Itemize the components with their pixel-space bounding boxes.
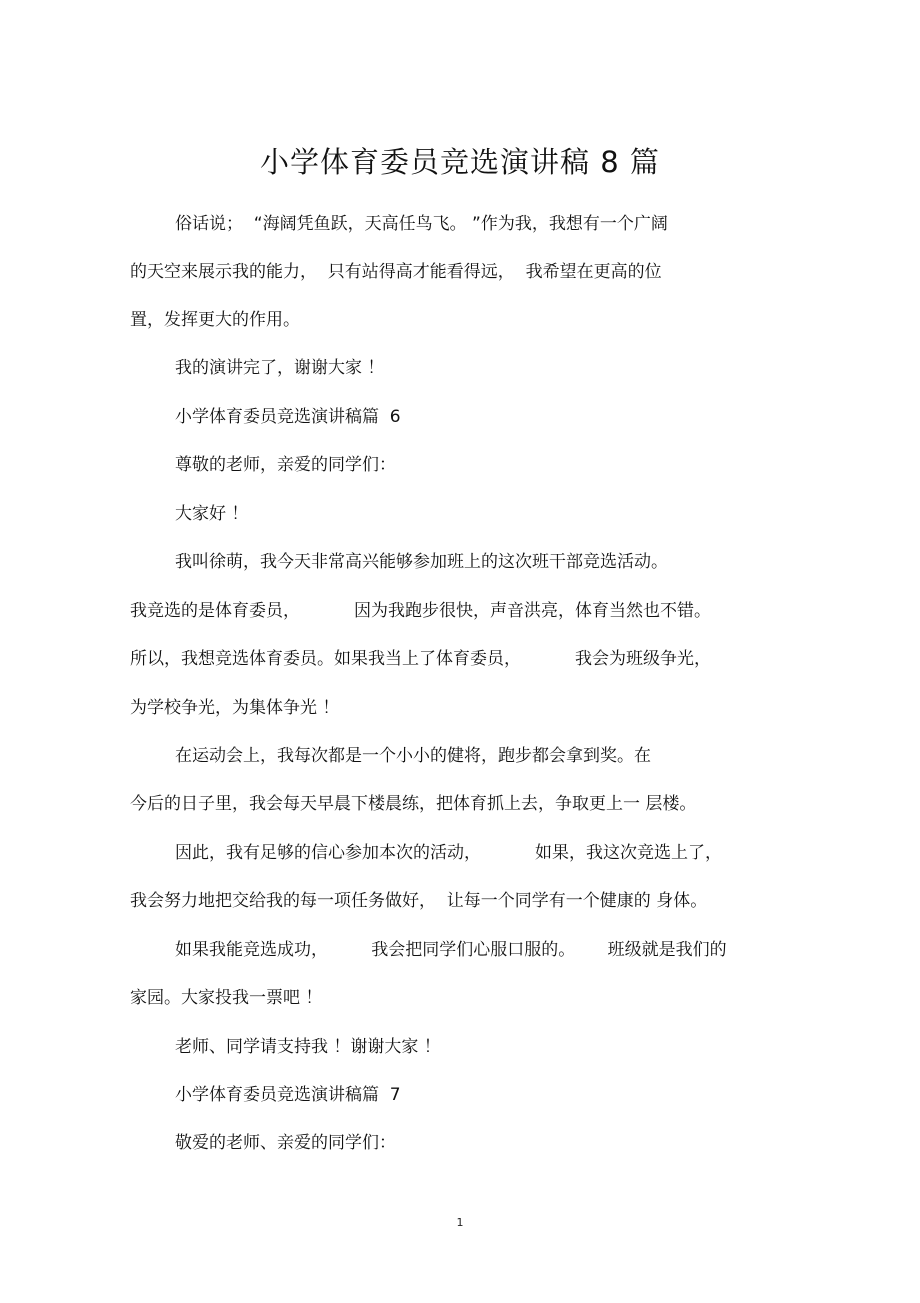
paragraph-line: 我的演讲完了，谢谢大家 ！ (175, 356, 384, 380)
paragraph-line: 所以，我想竞选体育委员。如果我当上了体育委员， 我会为班级争光， (130, 647, 711, 671)
paragraph-line: 俗话说； “海阔凭鱼跃，天高任鸟飞。 ”作为我，我想有一个广阔 (175, 212, 668, 236)
paragraph-line: 我竞选的是体育委员， 因为我跑步很快，声音洪亮，体育当然也不错。 (130, 599, 711, 623)
paragraph-line: 如果我能竞选成功， 我会把同学们心服口服的。 班级就是我们的 (175, 938, 727, 962)
document-page: 小学体育委员竞选演讲稿 8 篇 俗话说； “海阔凭鱼跃，天高任鸟飞。 ”作为我，… (0, 0, 920, 1303)
paragraph-line: 老师、同学请支持我 ！谢谢大家 ！ (175, 1035, 441, 1059)
salutation: 敬爱的老师、亲爱的同学们： (175, 1131, 396, 1155)
paragraph-line: 今后的日子里，我会每天早晨下楼晨练，把体育抓上去，争取更上一 层楼。 (130, 792, 696, 816)
paragraph-line: 的天空来展示我的能力， 只有站得高才能看得远， 我希望在更高的位 (130, 260, 662, 284)
paragraph-line: 我叫徐萌，我今天非常高兴能够参加班上的这次班干部竞选活动。 (175, 550, 668, 574)
document-title: 小学体育委员竞选演讲稿 8 篇 (0, 140, 920, 184)
section-heading: 小学体育委员竞选演讲稿篇 6 (175, 405, 401, 429)
greeting: 大家好 ！ (175, 502, 248, 526)
section-heading: 小学体育委员竞选演讲稿篇 7 (175, 1083, 401, 1107)
paragraph-line: 在运动会上，我每次都是一个小小的健将，跑步都会拿到奖。在 (175, 744, 651, 768)
paragraph-line: 因此，我有足够的信心参加本次的活动， 如果，我这次竞选上了， (175, 841, 722, 865)
salutation: 尊敬的老师，亲爱的同学们： (175, 453, 396, 477)
page-number: 1 (0, 1216, 920, 1230)
paragraph-line: 家园。大家投我一票吧 ！ (130, 986, 322, 1010)
paragraph-line: 我会努力地把交给我的每一项任务做好， 让每一个同学有一个健康的 身体。 (130, 889, 707, 913)
paragraph-line: 为学校争光，为集体争光 ！ (130, 696, 339, 720)
paragraph-line: 置，发挥更大的作用。 (130, 308, 300, 332)
